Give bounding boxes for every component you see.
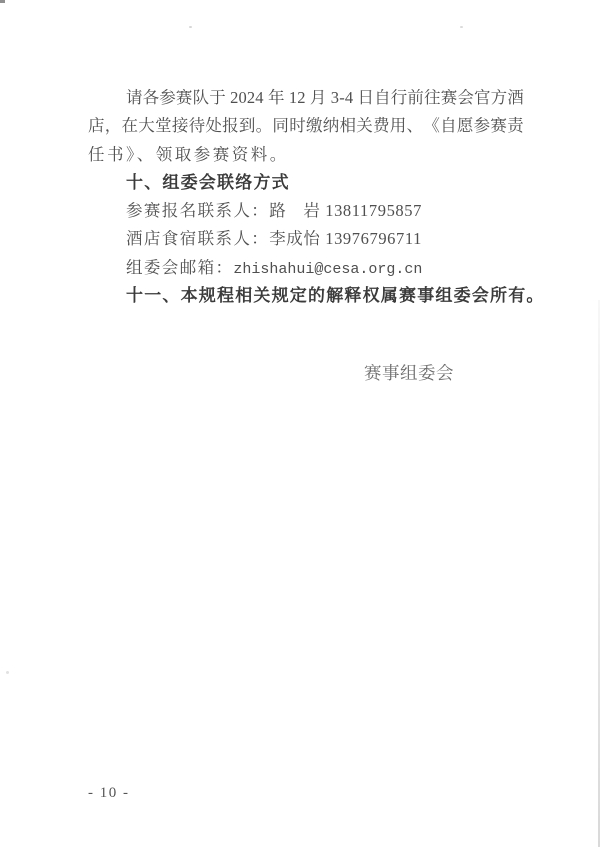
- section-ten-heading: 十、组委会联络方式: [88, 169, 524, 197]
- paragraph-line-3: 任书》、领取参赛资料。: [88, 141, 524, 169]
- section-eleven-heading: 十一、本规程相关规定的解释权属赛事组委会所有。: [88, 282, 524, 310]
- page-number: - 10 -: [88, 785, 130, 802]
- scan-speck: [460, 26, 463, 28]
- scan-speck: [6, 671, 9, 674]
- contact-registration-value: 路 岩 13811795857: [269, 201, 422, 220]
- scanned-document-page: 请各参赛队于 2024 年 12 月 3-4 日自行前往赛会官方酒 店，在大堂接…: [0, 0, 600, 847]
- contact-email-value: zhishahui@cesa.org.cn: [233, 261, 422, 278]
- scan-speck: [189, 26, 192, 28]
- contact-email-line: 组委会邮箱：zhishahui@cesa.org.cn: [88, 254, 524, 282]
- contact-registration-line: 参赛报名联系人：路 岩 13811795857: [88, 197, 524, 225]
- scan-corner-artifact: [0, 0, 5, 3]
- contact-registration-label: 参赛报名联系人：: [126, 201, 269, 220]
- contact-hotel-label: 酒店食宿联系人：: [126, 229, 269, 248]
- contact-email-label: 组委会邮箱：: [126, 258, 233, 277]
- contact-hotel-value: 李成怡 13976796711: [269, 229, 422, 248]
- paragraph-line-2: 店，在大堂接待处报到。同时缴纳相关费用、《自愿参赛责: [88, 112, 524, 140]
- document-content: 请各参赛队于 2024 年 12 月 3-4 日自行前往赛会官方酒 店，在大堂接…: [88, 84, 524, 310]
- signature-committee: 赛事组委会: [364, 360, 454, 385]
- paragraph-line-1: 请各参赛队于 2024 年 12 月 3-4 日自行前往赛会官方酒: [88, 84, 524, 112]
- contact-hotel-line: 酒店食宿联系人：李成怡 13976796711: [88, 225, 524, 253]
